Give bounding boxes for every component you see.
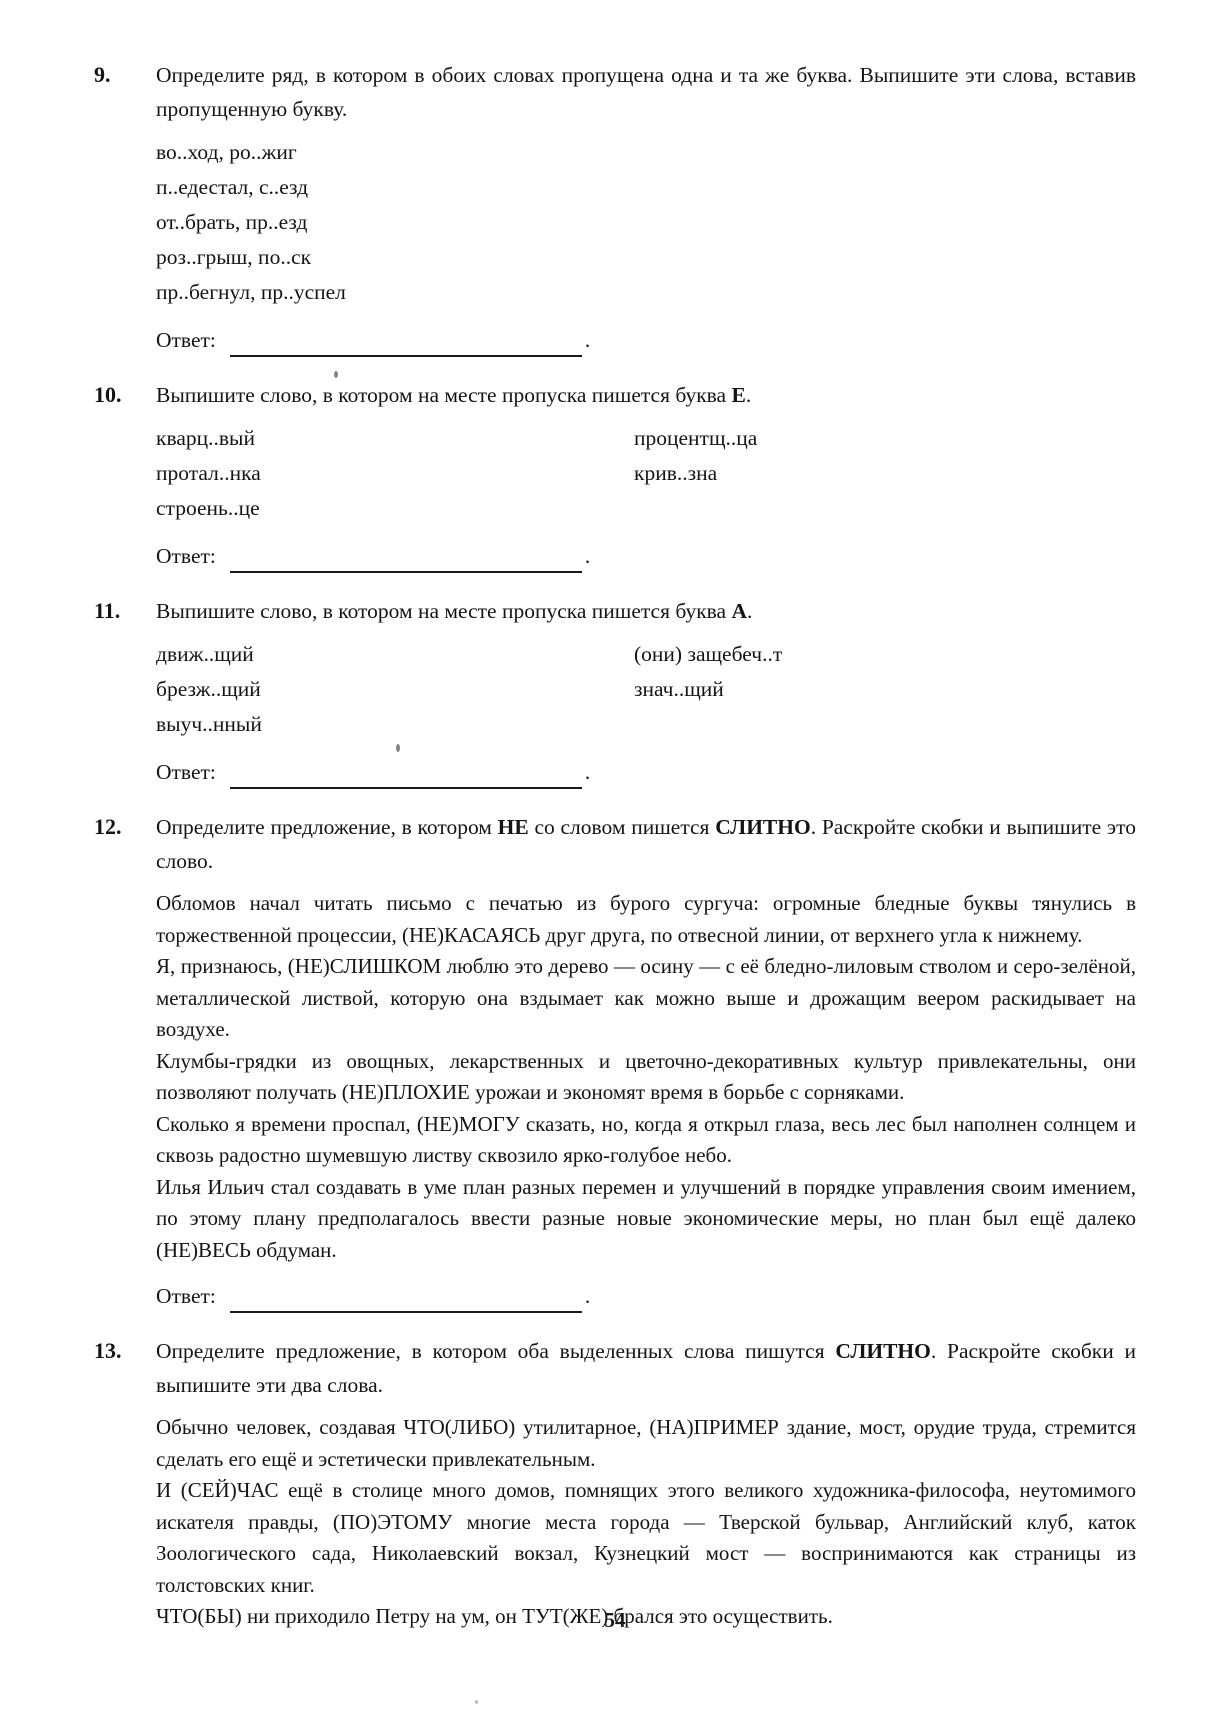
title-text: .	[746, 383, 751, 407]
question-11: 11. Выпишите слово, в котором на месте п…	[94, 594, 1136, 791]
question-13-number: 13.	[94, 1334, 156, 1633]
sentence-option: Илья Ильич стал создавать в уме план раз…	[156, 1172, 1136, 1267]
option-row: строень..це	[156, 491, 634, 526]
answer-label: Ответ:	[156, 1279, 216, 1313]
question-11-title: Выпишите слово, в котором на месте пропу…	[156, 594, 1136, 628]
option-row: (они) защебеч..т	[634, 637, 1136, 672]
sentence-option: И (СЕЙ)ЧАС ещё в столице много домов, по…	[156, 1475, 1136, 1601]
scan-artifact	[396, 744, 400, 752]
title-text: Выпишите слово, в котором на месте пропу…	[156, 383, 731, 407]
question-10-options: кварц..вый протал..нка строень..це проце…	[156, 421, 1136, 526]
options-column-2: процентщ..ца крив..зна	[634, 421, 1136, 526]
answer-label: Ответ:	[156, 539, 216, 573]
answer-blank	[230, 1285, 582, 1313]
title-bold-letter: А	[731, 599, 747, 623]
title-text: .	[747, 599, 752, 623]
option-row: кварц..вый	[156, 421, 634, 456]
option-row: движ..щий	[156, 637, 634, 672]
option-row: пр..бегнул, пр..успел	[156, 275, 1136, 310]
question-9-number: 9.	[94, 58, 156, 359]
title-text: Определите предложение, в котором оба вы…	[156, 1339, 835, 1363]
exam-page: 9. Определите ряд, в котором в обоих сло…	[0, 0, 1222, 1712]
title-bold-word: СЛИТНО	[835, 1339, 931, 1363]
question-12-sentences: Обломов начал читать письмо с печатью из…	[156, 888, 1136, 1266]
sentence-option: Я, признаюсь, (НЕ)СЛИШКОМ люблю это дере…	[156, 951, 1136, 1046]
answer-line: Ответ: .	[156, 1279, 1136, 1313]
page-number: 54	[94, 1608, 1136, 1633]
scan-artifact	[334, 371, 338, 378]
scan-artifact	[475, 1700, 478, 1704]
option-row: п..едестал, с..езд	[156, 170, 1136, 205]
answer-line: Ответ: .	[156, 755, 1136, 789]
question-13: 13. Определите предложение, в котором об…	[94, 1334, 1136, 1633]
option-row: выуч..нный	[156, 707, 634, 742]
option-row: роз..грыш, по..ск	[156, 240, 1136, 275]
options-column-2: (они) защебеч..т знач..щий	[634, 637, 1136, 742]
sentence-option: Клумбы-грядки из овощных, лекарственных …	[156, 1046, 1136, 1109]
sentence-option: Обломов начал читать письмо с печатью из…	[156, 888, 1136, 951]
answer-blank	[230, 761, 582, 789]
question-12-number: 12.	[94, 810, 156, 1315]
title-text: Выпишите слово, в котором на месте пропу…	[156, 599, 731, 623]
question-9: 9. Определите ряд, в котором в обоих сло…	[94, 58, 1136, 359]
title-text: Определите предложение, в котором	[156, 815, 498, 839]
question-10-title: Выпишите слово, в котором на месте пропу…	[156, 378, 1136, 412]
answer-label: Ответ:	[156, 755, 216, 789]
sentence-option: Сколько я времени проспал, (НЕ)МОГУ сказ…	[156, 1109, 1136, 1172]
answer-blank	[230, 329, 582, 357]
question-13-sentences: Обычно человек, создавая ЧТО(ЛИБО) утили…	[156, 1412, 1136, 1633]
option-row: брезж..щий	[156, 672, 634, 707]
option-row: протал..нка	[156, 456, 634, 491]
question-9-title: Определите ряд, в котором в обоих словах…	[156, 58, 1136, 126]
option-row: знач..щий	[634, 672, 1136, 707]
title-bold-word: НЕ	[498, 815, 529, 839]
option-row: процентщ..ца	[634, 421, 1136, 456]
options-column-1: движ..щий брезж..щий выуч..нный	[156, 637, 634, 742]
answer-period: .	[585, 755, 590, 789]
question-11-number: 11.	[94, 594, 156, 791]
options-column-1: кварц..вый протал..нка строень..це	[156, 421, 634, 526]
title-text: со словом пишется	[529, 815, 715, 839]
answer-period: .	[585, 1279, 590, 1313]
title-bold-word: СЛИТНО	[715, 815, 811, 839]
question-12: 12. Определите предложение, в котором НЕ…	[94, 810, 1136, 1315]
question-10-number: 10.	[94, 378, 156, 575]
option-row: крив..зна	[634, 456, 1136, 491]
option-row: от..брать, пр..езд	[156, 205, 1136, 240]
question-11-options: движ..щий брезж..щий выуч..нный (они) за…	[156, 637, 1136, 742]
question-9-options: во..ход, ро..жиг п..едестал, с..езд от..…	[156, 135, 1136, 310]
sentence-option: Обычно человек, создавая ЧТО(ЛИБО) утили…	[156, 1412, 1136, 1475]
answer-period: .	[585, 323, 590, 357]
option-row: во..ход, ро..жиг	[156, 135, 1136, 170]
question-13-title: Определите предложение, в котором оба вы…	[156, 1334, 1136, 1402]
answer-blank	[230, 545, 582, 573]
title-bold-letter: Е	[731, 383, 745, 407]
question-12-title: Определите предложение, в котором НЕ со …	[156, 810, 1136, 878]
answer-label: Ответ:	[156, 323, 216, 357]
answer-line: Ответ: .	[156, 539, 1136, 573]
answer-period: .	[585, 539, 590, 573]
question-10: 10. Выпишите слово, в котором на месте п…	[94, 378, 1136, 575]
answer-line: Ответ: .	[156, 323, 1136, 357]
